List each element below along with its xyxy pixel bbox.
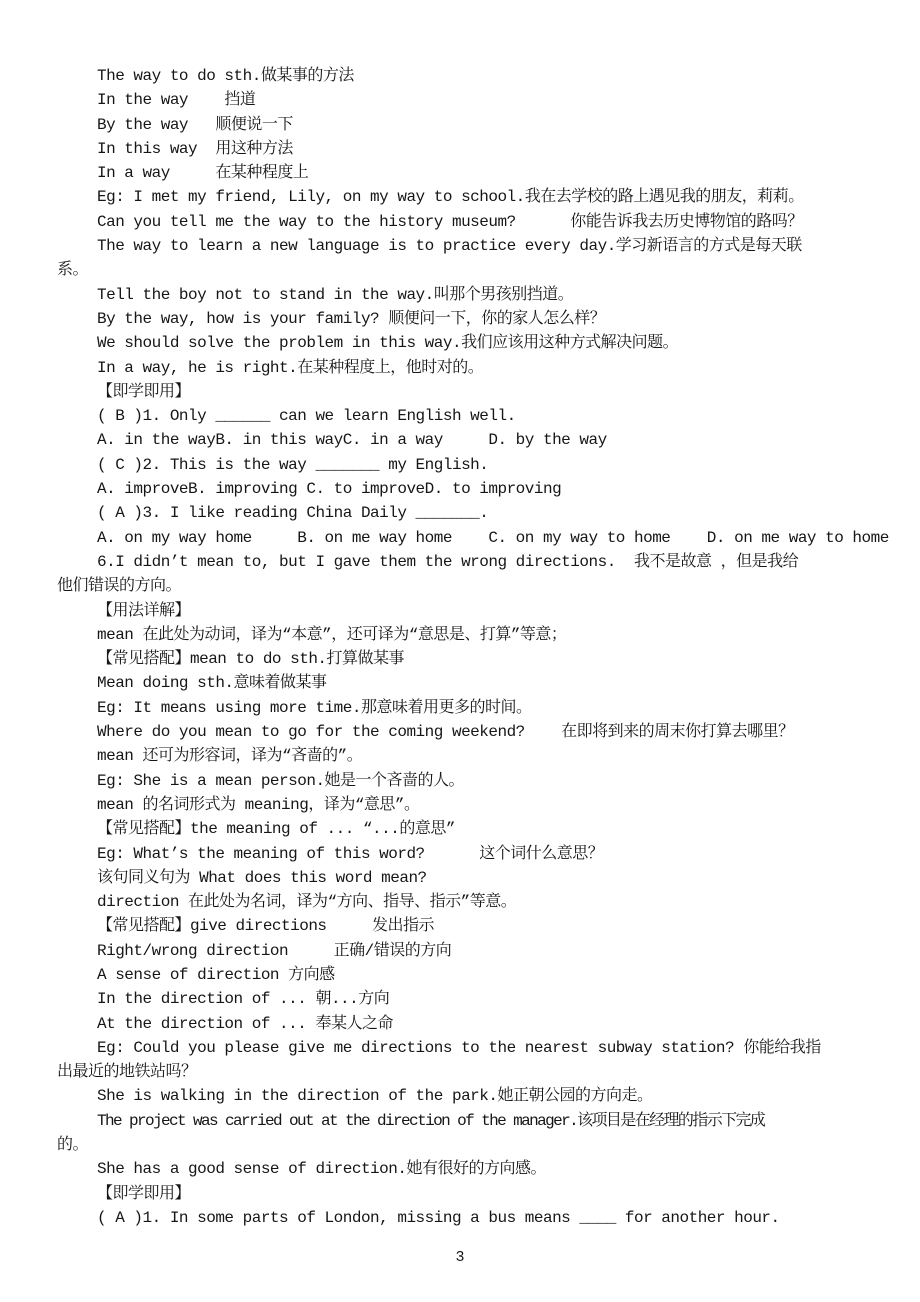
text-line: Right/wrong direction 正确/错误的方向 xyxy=(57,939,880,963)
text-line: 【常见搭配】the meaning of ... “...的意思” xyxy=(57,817,880,841)
text-line: In the direction of ... 朝...方向 xyxy=(57,987,880,1011)
text-line: She has a good sense of direction.她有很好的方… xyxy=(57,1157,880,1181)
text-line: 6.I didn’t mean to, but I gave them the … xyxy=(57,550,880,574)
text-line: Mean doing sth.意味着做某事 xyxy=(57,671,880,695)
text-line: In the way 挡道 xyxy=(57,88,880,112)
exercise-options: A. in the wayB. in this wayC. in a way D… xyxy=(57,428,880,452)
text-line: The way to do sth.做某事的方法 xyxy=(57,64,880,88)
document-page: { "document": { "lines": [ {"text": "The… xyxy=(0,0,920,1302)
text-line: 该句同义句为 What does this word mean? xyxy=(57,866,880,890)
text-line: At the direction of ... 奉某人之命 xyxy=(57,1012,880,1036)
exercise-question: ( B )1. Only ______ can we learn English… xyxy=(57,404,880,428)
text-line: Eg: She is a mean person.她是一个吝啬的人。 xyxy=(57,769,880,793)
exercise-question: ( A )3. I like reading China Daily _____… xyxy=(57,501,880,525)
text-line: She is walking in the direction of the p… xyxy=(57,1084,880,1108)
text-line: mean 还可为形容词，译为“吝啬的”。 xyxy=(57,744,880,768)
text-line: In this way 用这种方法 xyxy=(57,137,880,161)
text-line: Eg: It means using more time.那意味着用更多的时间。 xyxy=(57,696,880,720)
text-line: 【常见搭配】give directions 发出指示 xyxy=(57,914,880,938)
exercise-options: A. improveB. improving C. to improveD. t… xyxy=(57,477,880,501)
text-line: By the way 顺便说一下 xyxy=(57,113,880,137)
exercise-options: A. on my way home B. on me way home C. o… xyxy=(57,526,880,550)
text-line: The way to learn a new language is to pr… xyxy=(57,234,880,258)
text-line: In a way, he is right.在某种程度上，他时对的。 xyxy=(57,356,880,380)
text-line: 他们错误的方向。 xyxy=(57,574,880,598)
text-line: mean 在此处为动词，译为“本意”，还可译为“意思是、打算”等意； xyxy=(57,623,880,647)
text-line: 的。 xyxy=(57,1133,880,1157)
text-line: 【常见搭配】mean to do sth.打算做某事 xyxy=(57,647,880,671)
text-line: 系。 xyxy=(57,258,880,282)
document-body: The way to do sth.做某事的方法 In the way 挡道 B… xyxy=(57,64,880,1230)
exercise-question: ( C )2. This is the way _______ my Engli… xyxy=(57,453,880,477)
text-line: mean 的名词形式为 meaning，译为“意思”。 xyxy=(57,793,880,817)
page-number: 3 xyxy=(0,1248,920,1268)
text-line: 出最近的地铁站吗？ xyxy=(57,1060,880,1084)
text-line: Where do you mean to go for the coming w… xyxy=(57,720,880,744)
text-line: By the way, how is your family? 顺便问一下，你的… xyxy=(57,307,880,331)
text-line: In a way 在某种程度上 xyxy=(57,161,880,185)
text-line: Eg: I met my friend, Lily, on my way to … xyxy=(57,185,880,209)
text-line: direction 在此处为名词，译为“方向、指导、指示”等意。 xyxy=(57,890,880,914)
section-header: 【即学即用】 xyxy=(57,1182,880,1206)
section-header: 【即学即用】 xyxy=(57,380,880,404)
text-line: Tell the boy not to stand in the way.叫那个… xyxy=(57,283,880,307)
text-line: Eg: What’s the meaning of this word? 这个词… xyxy=(57,842,880,866)
text-line: Can you tell me the way to the history m… xyxy=(57,210,880,234)
text-line: We should solve the problem in this way.… xyxy=(57,331,880,355)
exercise-question: ( A )1. In some parts of London, missing… xyxy=(57,1206,880,1230)
section-header: 【用法详解】 xyxy=(57,599,880,623)
text-line: A sense of direction 方向感 xyxy=(57,963,880,987)
text-line: Eg: Could you please give me directions … xyxy=(57,1036,880,1060)
text-line: The project was carried out at the direc… xyxy=(57,1109,880,1133)
